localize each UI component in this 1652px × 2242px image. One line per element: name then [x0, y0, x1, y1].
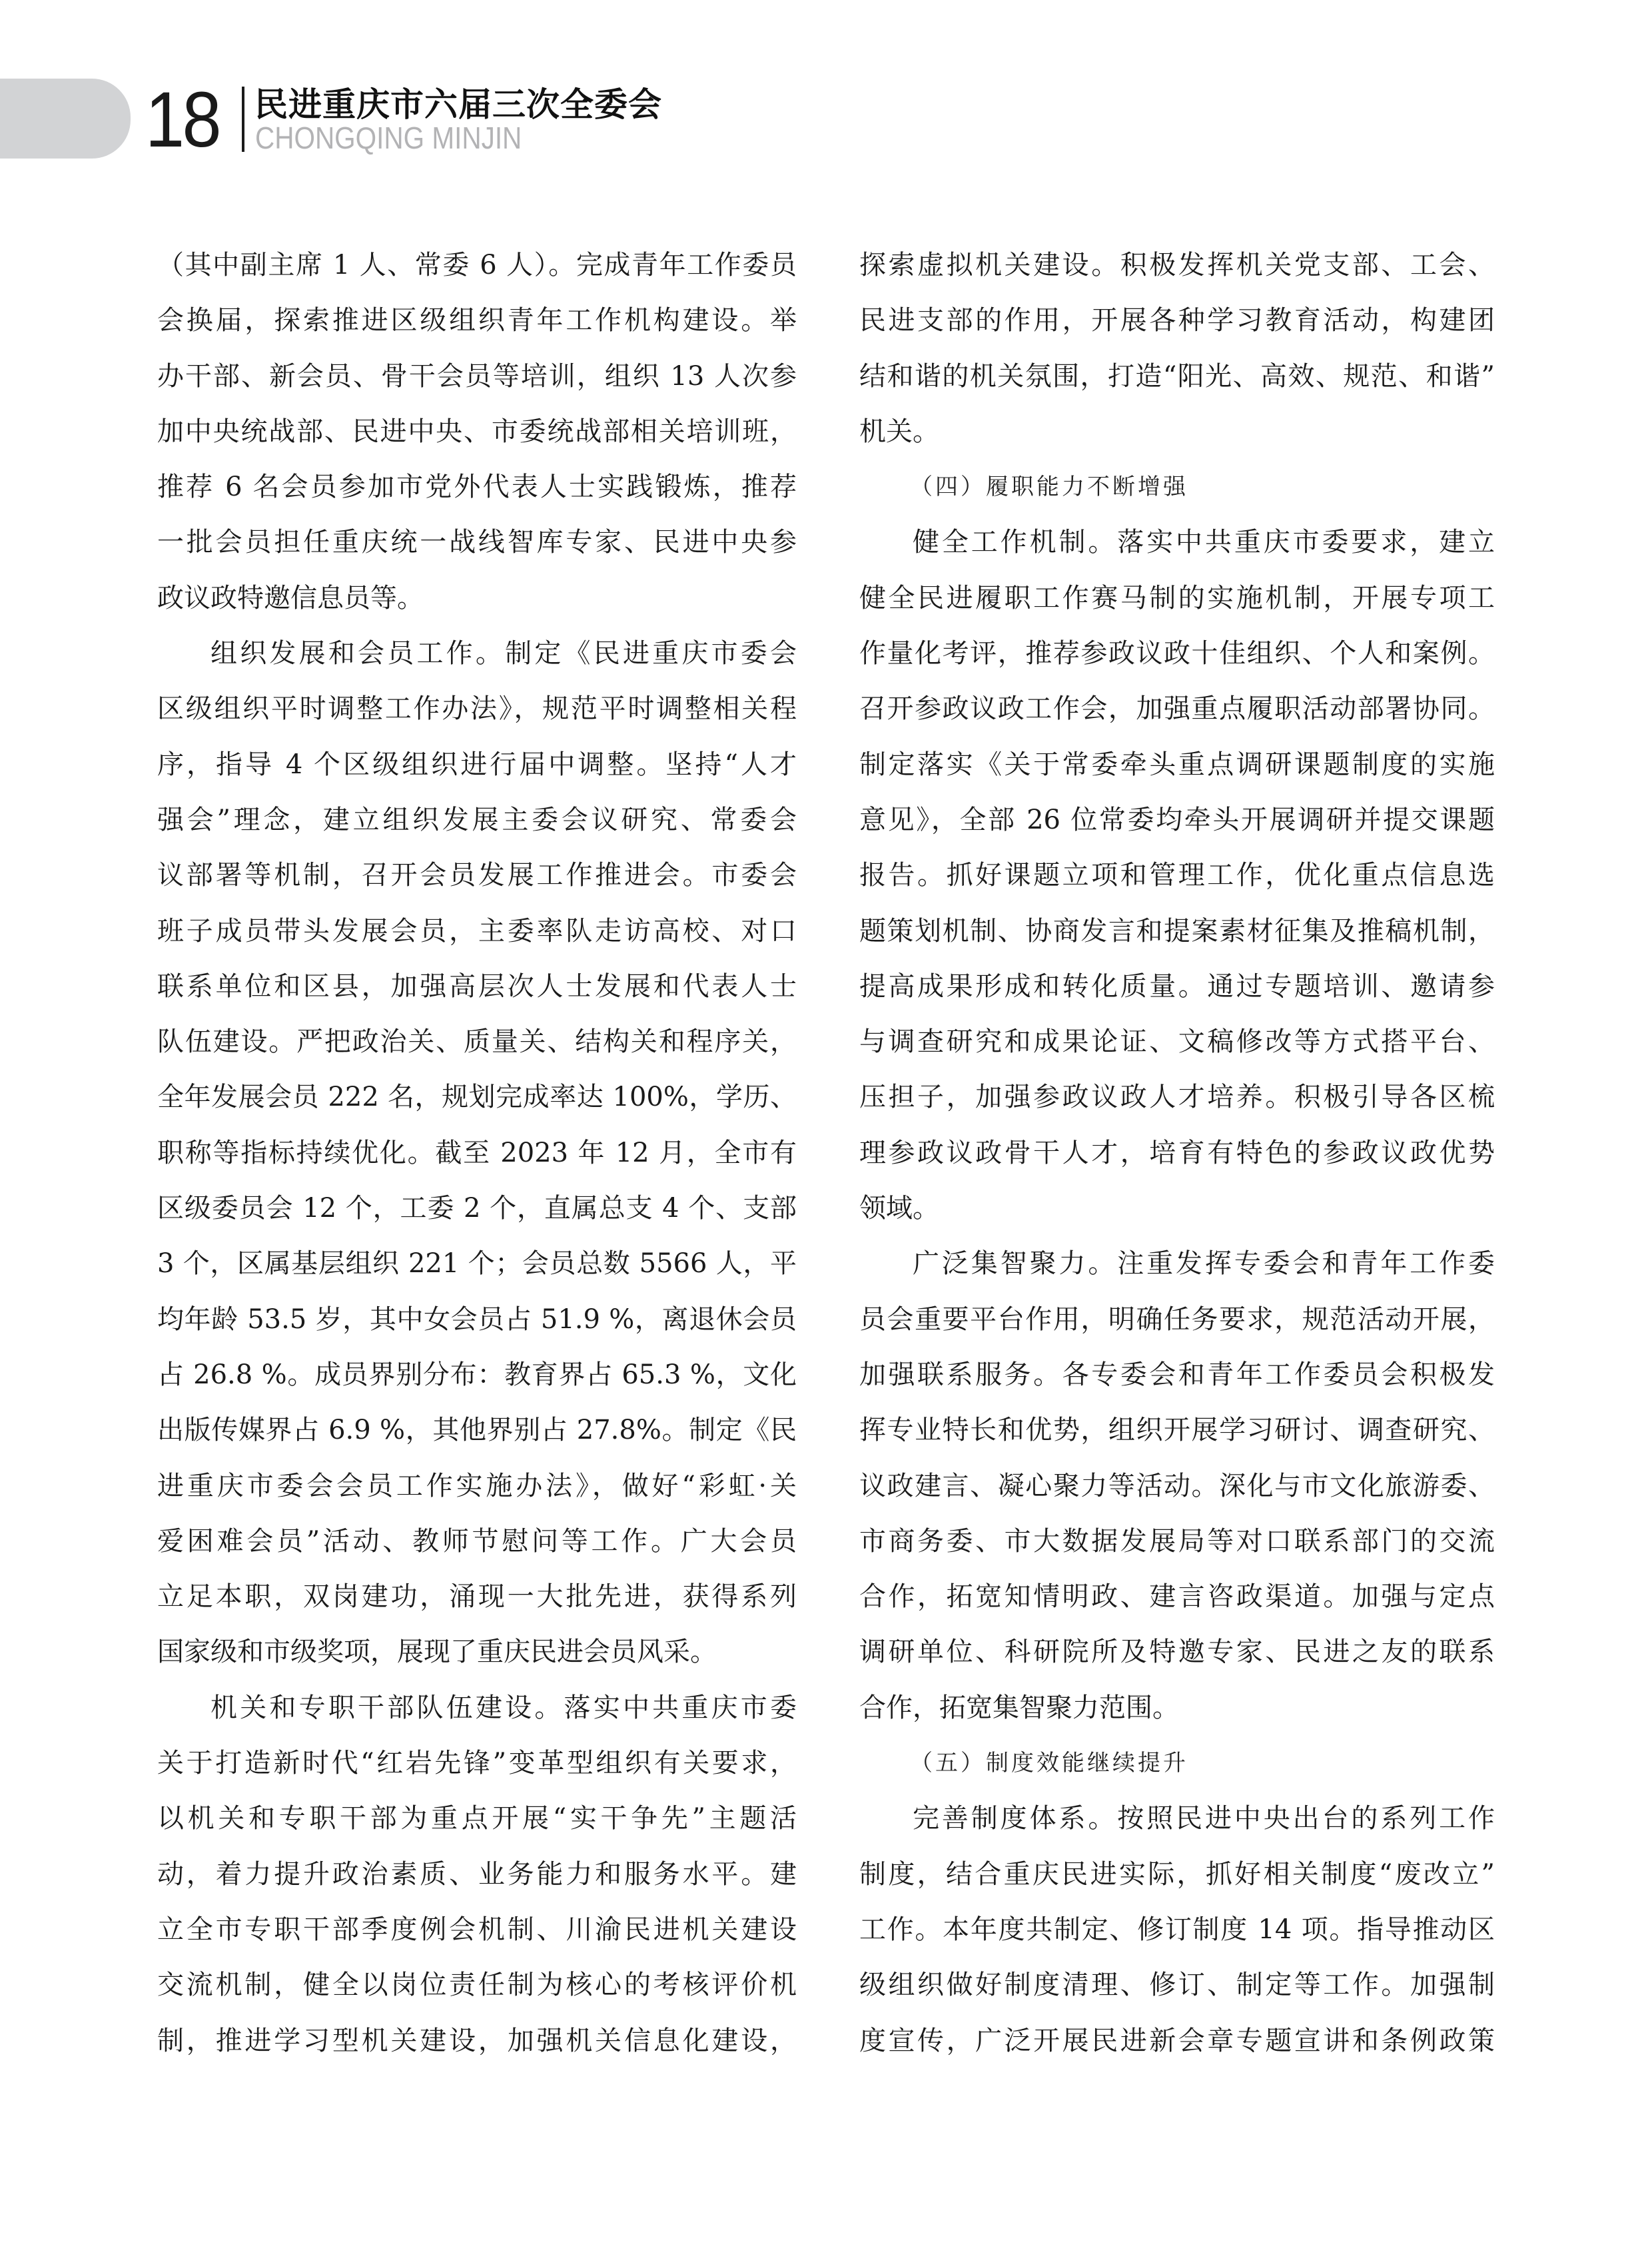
text-line: 加强联系服务。各专委会和青年工作委员会积极发	[859, 1347, 1495, 1403]
text-line: 队伍建设。严把政治关、质量关、结构关和程序关，	[157, 1014, 797, 1070]
text-line: 立足本职，双岗建功，涌现一大批先进，获得系列	[157, 1569, 797, 1625]
text-line: 立全市专职干部季度例会机制、川渝民进机关建设	[157, 1902, 797, 1958]
text-line: 出版传媒界占 6.9 %，其他界别占 27.8%。制定《民	[157, 1403, 797, 1458]
section-heading-5: （五）制度效能继续提升	[859, 1736, 1495, 1791]
text-line: 题策划机制、协商发言和提案素材征集及推稿机制，	[859, 904, 1495, 959]
text-line: 班子成员带头发展会员，主委率队走访高校、对口	[157, 904, 797, 959]
text-line: 报告。抓好课题立项和管理工作，优化重点信息选	[859, 848, 1495, 903]
text-line: 进重庆市委会会员工作实施办法》，做好“彩虹·关	[157, 1459, 797, 1514]
text-line: 结和谐的机关氛围，打造“阳光、高效、规范、和谐”	[859, 349, 1495, 404]
text-line: 级组织做好制度清理、修订、制定等工作。加强制	[859, 1958, 1495, 2013]
text-line: 调研单位、科研院所及特邀专家、民进之友的联系	[859, 1625, 1495, 1680]
text-line: 与调查研究和成果论证、文稿修改等方式搭平台、	[859, 1014, 1495, 1070]
right-column: 探索虚拟机关建设。积极发挥机关党支部、工会、 民进支部的作用，开展各种学习教育活…	[859, 238, 1495, 2069]
text-line: 制度，结合重庆民进实际，抓好相关制度“废改立”	[859, 1847, 1495, 1902]
text-line: 推荐 6 名会员参加市党外代表人士实践锻炼，推荐	[157, 460, 797, 515]
text-line: 国家级和市级奖项，展现了重庆民进会员风采。	[157, 1625, 797, 1680]
text-line: 爱困难会员”活动、教师节慰问等工作。广大会员	[157, 1514, 797, 1569]
text-line: 政议政特邀信息员等。	[157, 571, 797, 626]
running-header-subtitle: CHONGQING MINJIN	[255, 123, 522, 153]
text-line: 区级委员会 12 个，工委 2 个，直属总支 4 个、支部	[157, 1181, 797, 1236]
text-line: 度宣传，广泛开展民进新会章专题宣讲和条例政策	[859, 2014, 1495, 2069]
header-divider	[242, 87, 244, 152]
text-line: 关于打造新时代“红岩先锋”变革型组织有关要求，	[157, 1736, 797, 1791]
text-line: 联系单位和区县，加强高层次人士发展和代表人士	[157, 959, 797, 1014]
text-line: 民进支部的作用，开展各种学习教育活动，构建团	[859, 293, 1495, 348]
text-line: 交流机制，健全以岗位责任制为核心的考核评价机	[157, 1958, 797, 2013]
page-number: 18	[145, 80, 219, 160]
text-line: 均年龄 53.5 岁，其中女会员占 51.9 %，离退休会员	[157, 1292, 797, 1347]
text-line: 职称等指标持续优化。截至 2023 年 12 月，全市有	[157, 1126, 797, 1181]
text-line: 全年发展会员 222 名，规划完成率达 100%，学历、	[157, 1070, 797, 1125]
text-line: 以机关和专职干部为重点开展“实干争先”主题活	[157, 1791, 797, 1846]
text-line: 领域。	[859, 1181, 1495, 1236]
left-column: （其中副主席 1 人、常委 6 人）。完成青年工作委员 会换届，探索推进区级组织…	[157, 238, 797, 2069]
paragraph-start-line: 健全工作机制。落实中共重庆市委要求，建立	[859, 515, 1495, 570]
text-line: 理参政议政骨干人才，培育有特色的参政议政优势	[859, 1126, 1495, 1181]
text-line: 占 26.8 %。成员界别分布：教育界占 65.3 %，文化	[157, 1347, 797, 1403]
paragraph-start-line: 广泛集智聚力。注重发挥专委会和青年工作委	[859, 1236, 1495, 1292]
text-line: 合作，拓宽集智聚力范围。	[859, 1681, 1495, 1736]
text-line: 合作，拓宽知情明政、建言咨政渠道。加强与定点	[859, 1569, 1495, 1625]
text-line: 序，指导 4 个区级组织进行届中调整。坚持“人才	[157, 737, 797, 793]
text-line: 制，推进学习型机关建设，加强机关信息化建设，	[157, 2014, 797, 2069]
text-line: 3 个，区属基层组织 221 个；会员总数 5566 人，平	[157, 1236, 797, 1292]
text-line: 市商务委、市大数据发展局等对口联系部门的交流	[859, 1514, 1495, 1569]
text-line: 强会”理念，建立组织发展主委会议研究、常委会	[157, 793, 797, 848]
text-line: 议政建言、凝心聚力等活动。深化与市文化旅游委、	[859, 1459, 1495, 1514]
text-line: 工作。本年度共制定、修订制度 14 项。指导推动区	[859, 1902, 1495, 1958]
text-line: 制定落实《关于常委牵头重点调研课题制度的实施	[859, 737, 1495, 793]
text-line: 健全民进履职工作赛马制的实施机制，开展专项工	[859, 571, 1495, 626]
paragraph-start-line: 组织发展和会员工作。制定《民进重庆市委会	[157, 626, 797, 681]
text-line: 挥专业特长和优势，组织开展学习研讨、调查研究、	[859, 1403, 1495, 1458]
page-tab-decoration	[0, 79, 131, 159]
text-line: 一批会员担任重庆统一战线智库专家、民进中央参	[157, 515, 797, 570]
text-line: 办干部、新会员、骨干会员等培训，组织 13 人次参	[157, 349, 797, 404]
text-line: 加中央统战部、民进中央、市委统战部相关培训班，	[157, 404, 797, 460]
text-line: 提高成果形成和转化质量。通过专题培训、邀请参	[859, 959, 1495, 1014]
text-line: 探索虚拟机关建设。积极发挥机关党支部、工会、	[859, 238, 1495, 293]
text-line: （其中副主席 1 人、常委 6 人）。完成青年工作委员	[157, 238, 797, 293]
text-line: 召开参政议政工作会，加强重点履职活动部署协同。	[859, 681, 1495, 737]
text-line: 会换届，探索推进区级组织青年工作机构建设。举	[157, 293, 797, 348]
text-line: 员会重要平台作用，明确任务要求，规范活动开展，	[859, 1292, 1495, 1347]
running-header-title: 民进重庆市六届三次全委会	[254, 85, 662, 124]
text-line: 动，着力提升政治素质、业务能力和服务水平。建	[157, 1847, 797, 1902]
text-line: 压担子，加强参政议政人才培养。积极引导各区梳	[859, 1070, 1495, 1125]
text-line: 作量化考评，推荐参政议政十佳组织、个人和案例。	[859, 626, 1495, 681]
text-line: 议部署等机制，召开会员发展工作推进会。市委会	[157, 848, 797, 903]
section-heading-4: （四）履职能力不断增强	[859, 460, 1495, 515]
paragraph-start-line: 机关和专职干部队伍建设。落实中共重庆市委	[157, 1681, 797, 1736]
text-line: 机关。	[859, 404, 1495, 460]
text-line: 意见》，全部 26 位常委均牵头开展调研并提交课题	[859, 793, 1495, 848]
paragraph-start-line: 完善制度体系。按照民进中央出台的系列工作	[859, 1791, 1495, 1846]
text-line: 区级组织平时调整工作办法》，规范平时调整相关程	[157, 681, 797, 737]
